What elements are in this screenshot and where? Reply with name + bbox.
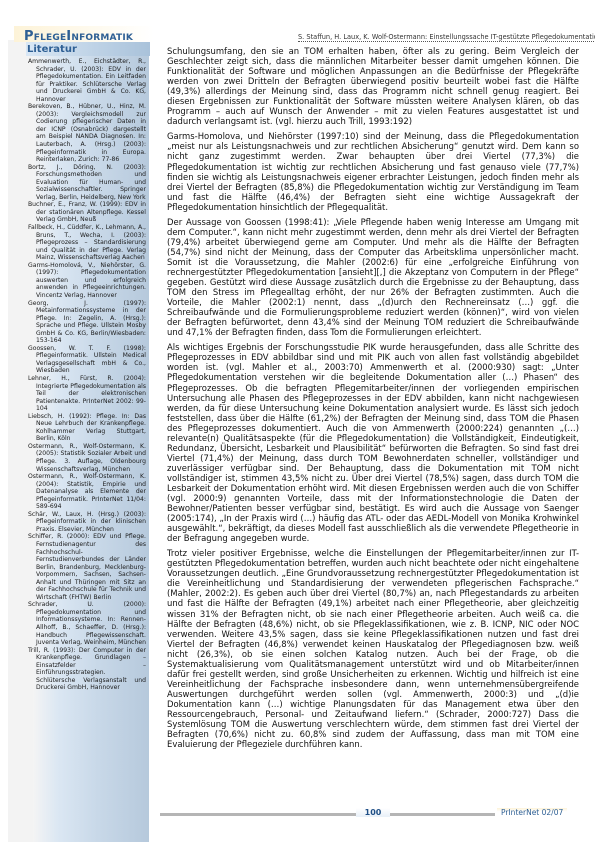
body-paragraph: Schulungsumfang, den sie an TOM erhalten… xyxy=(167,46,579,126)
reference-item: Ammenwerth, E., Eichstädter, R., Schrade… xyxy=(28,58,146,103)
body-paragraph: Als wichtiges Ergebnis der Forschungsstu… xyxy=(167,342,579,543)
body-paragraph: Der Aussage von Goossen (1998:41): „Viel… xyxy=(167,217,579,338)
reference-item: Schär, W., Laux, H. (Hrsg.) (2003): Pfle… xyxy=(28,511,146,534)
reference-item: Goossen, W. T. F. (1998): Pflegeinformat… xyxy=(28,345,146,375)
article-body: Schulungsumfang, den sie an TOM erhalten… xyxy=(167,46,579,754)
reference-item: Fallbeck, H., Cüddfer, K., Lehmann, A., … xyxy=(28,224,146,262)
body-paragraph: Garms-Homolova, und Niehörster (1997:10)… xyxy=(167,131,579,211)
reference-item: Bortz, J., Döring, N. (2003): Forschungs… xyxy=(28,164,146,202)
body-paragraph: Trotz vieler positiver Ergebnisse, welch… xyxy=(167,548,579,749)
footer-rule-left xyxy=(160,813,356,816)
reference-item: Liebsch, H. (1992): Pflege. In: Das Neue… xyxy=(28,413,146,443)
reference-item: Trill, R. (1993): Der Computer in der Kr… xyxy=(28,647,146,692)
reference-item: Garms-Homolová, V., Niehörster, G. (1997… xyxy=(28,262,146,300)
reference-item: Buchner, E., Franz, W. (1999): EDV in de… xyxy=(28,201,146,224)
journal-issue: PrInterNet 02/07 xyxy=(497,808,567,817)
reference-item: Ostermann, R., Wolf-Ostermann, K. (2005)… xyxy=(28,443,146,473)
reference-item: Berekoven, B., Hübner, U., Hinz, M. (200… xyxy=(28,103,146,163)
reference-item: Schiffer, R. (2000): EDV und Pflege. Fer… xyxy=(28,533,146,601)
reference-item: Lehner, H., Fürst, R. (2004): Integriert… xyxy=(28,375,146,413)
reference-list: Ammenwerth, E., Eichstädter, R., Schrade… xyxy=(28,58,146,692)
literature-heading: Literatur xyxy=(27,44,77,55)
reference-item: Schrader, U. (2000): Pflegedokumentation… xyxy=(28,601,146,646)
reference-item: Ostermann, R., Wolf-Ostermann, K. (2004)… xyxy=(28,473,146,511)
reference-item: Georg, J. (1997): Metainformationssystem… xyxy=(28,300,146,345)
running-header: S. Staffun, H. Laux, K. Wolf-Ostermann: … xyxy=(298,33,595,42)
page-number: 100 xyxy=(356,808,390,817)
footer-rule-right xyxy=(390,813,495,816)
